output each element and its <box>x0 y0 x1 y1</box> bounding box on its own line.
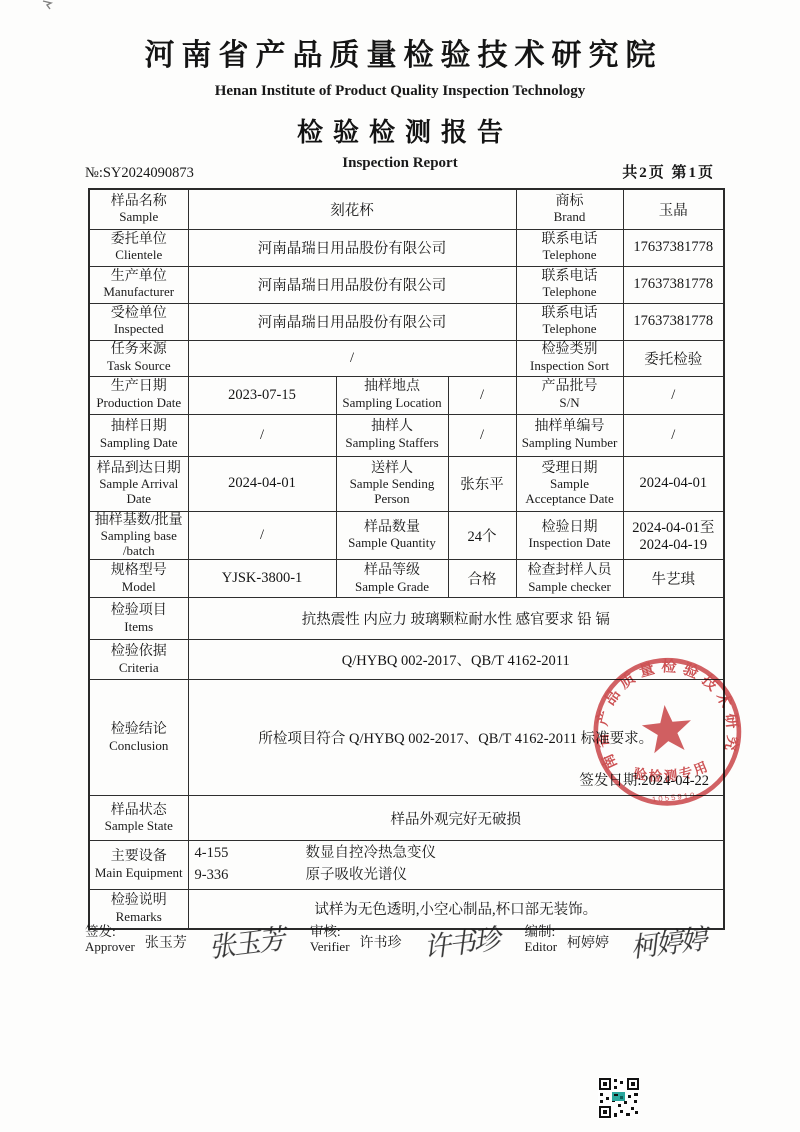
value-acceptance-date: 2024-04-01 <box>623 456 724 511</box>
editor-label: 编制: Editor <box>525 924 558 965</box>
value-sample-state: 样品外观完好无破损 <box>188 796 724 841</box>
label-inspection-date: 检验日期Inspection Date <box>516 511 623 560</box>
value-inspection-date: 2024-04-01至2024-04-19 <box>623 511 724 560</box>
label-sampling-location: 抽样地点Sampling Location <box>336 376 448 414</box>
table-row-clientele: 委托单位Clientele 河南晶瑞日用品股份有限公司 联系电话Telephon… <box>89 229 724 266</box>
value-inspection-sort: 委托检验 <box>623 340 724 376</box>
value-clientele: 河南晶瑞日用品股份有限公司 <box>188 229 516 266</box>
conclusion-text: 所检项目符合 Q/HYBQ 002-2017、QB/T 4162-2011 标准… <box>258 731 653 747</box>
label-clientele-phone: 联系电话Telephone <box>516 229 623 266</box>
label-sample-grade: 样品等级Sample Grade <box>336 560 448 598</box>
table-row-equipment: 主要设备Main Equipment 4-155 数显自控冷热急变仪 9-336… <box>89 841 724 890</box>
table-row-arrival-date: 样品到达日期Sample Arrival Date 2024-04-01 送样人… <box>89 456 724 511</box>
value-sample: 刻花杯 <box>188 189 516 229</box>
label-items: 检验项目Items <box>89 598 188 640</box>
verifier-group: 审核: Verifier 许书珍 许书珍 <box>310 924 499 965</box>
label-criteria: 检验依据Criteria <box>89 640 188 680</box>
equipment-code-1: 4-155 <box>189 843 306 865</box>
report-title-cn: 检验检测报告 <box>0 112 800 149</box>
value-sample-grade: 合格 <box>448 560 516 598</box>
table-row-items: 检验项目Items 抗热震性 内应力 玻璃颗粒耐水性 感官要求 铅 镉 <box>89 598 724 640</box>
value-sampling-date: / <box>188 414 336 456</box>
report-number: №:SY2024090873 <box>85 165 194 182</box>
value-production-date: 2023-07-15 <box>188 376 336 414</box>
verifier-signature-handwriting: 许书珍 <box>424 916 503 965</box>
equipment-line-2: 9-336 原子吸收光谱仪 <box>189 865 724 887</box>
editor-signature-handwriting: 柯婷婷 <box>631 916 710 965</box>
value-sampling-location: / <box>448 376 516 414</box>
report-table: 样品名称Sample 刻花杯 商标Brand 玉晶 委托单位Clientele … <box>88 188 725 930</box>
label-acceptance-date: 受理日期Sample Acceptance Date <box>516 456 623 511</box>
value-sampling-base: / <box>188 511 336 560</box>
value-manufacturer-phone: 17637381778 <box>623 266 724 303</box>
value-sampling-number: / <box>623 414 724 456</box>
equipment-name-2: 原子吸收光谱仪 <box>306 865 724 887</box>
value-inspected: 河南晶瑞日用品股份有限公司 <box>188 303 516 340</box>
equipment-code-2: 9-336 <box>189 865 306 887</box>
label-inspection-sort: 检验类别Inspection Sort <box>516 340 623 376</box>
value-clientele-phone: 17637381778 <box>623 229 724 266</box>
value-inspected-phone: 17637381778 <box>623 303 724 340</box>
label-sample-checker: 检查封样人员Sample checker <box>516 560 623 598</box>
approver-name: 张玉芳 <box>145 932 187 965</box>
value-task-source: / <box>188 340 516 376</box>
page-count: 共2页 第1页 <box>622 161 715 182</box>
label-sending-person: 送样人Sample Sending Person <box>336 456 448 511</box>
editor-name: 柯婷婷 <box>567 932 609 965</box>
label-conclusion: 检验结论Conclusion <box>89 680 188 796</box>
label-model: 规格型号Model <box>89 560 188 598</box>
label-sample-state: 样品状态Sample State <box>89 796 188 841</box>
label-arrival-date: 样品到达日期Sample Arrival Date <box>89 456 188 511</box>
value-manufacturer: 河南晶瑞日用品股份有限公司 <box>188 266 516 303</box>
label-sampling-staffers: 抽样人Sampling Staffers <box>336 414 448 456</box>
inspection-report-page: 河南省产品质量检验技术研究院 Henan Institute of Produc… <box>0 0 800 1132</box>
equipment-cell: 4-155 数显自控冷热急变仪 9-336 原子吸收光谱仪 <box>188 841 724 890</box>
label-sample-quantity: 样品数量Sample Quantity <box>336 511 448 560</box>
scan-pen-mark-icon <box>40 0 54 12</box>
label-sampling-date: 抽样日期Sampling Date <box>89 414 188 456</box>
value-brand: 玉晶 <box>623 189 724 229</box>
signature-footer: 签发: Approver 张玉芳 张玉芳 审核: Verifier 许书珍 许书… <box>85 924 753 965</box>
label-clientele: 委托单位Clientele <box>89 229 188 266</box>
label-equipment: 主要设备Main Equipment <box>89 841 188 890</box>
value-criteria: Q/HYBQ 002-2017、QB/T 4162-2011 <box>188 640 724 680</box>
value-sn: / <box>623 376 724 414</box>
meta-line: №:SY2024090873 共2页 第1页 <box>85 161 715 182</box>
equipment-line-1: 4-155 数显自控冷热急变仪 <box>189 843 724 865</box>
value-model: YJSK-3800-1 <box>188 560 336 598</box>
report-header: 河南省产品质量检验技术研究院 Henan Institute of Produc… <box>0 30 800 172</box>
label-manufacturer: 生产单位Manufacturer <box>89 266 188 303</box>
value-sample-checker: 牛艺琪 <box>623 560 724 598</box>
table-row-model: 规格型号Model YJSK-3800-1 样品等级Sample Grade 合… <box>89 560 724 598</box>
table-row-conclusion: 检验结论Conclusion 所检项目符合 Q/HYBQ 002-2017、QB… <box>89 680 724 796</box>
value-arrival-date: 2024-04-01 <box>188 456 336 511</box>
approver-signature-handwriting: 张玉芳 <box>209 916 288 965</box>
value-sample-quantity: 24个 <box>448 511 516 560</box>
editor-group: 编制: Editor 柯婷婷 柯婷婷 <box>525 924 707 965</box>
table-row-production-date: 生产日期Production Date 2023-07-15 抽样地点Sampl… <box>89 376 724 414</box>
equipment-name-1: 数显自控冷热急变仪 <box>306 843 724 865</box>
label-manufacturer-phone: 联系电话Telephone <box>516 266 623 303</box>
label-sampling-base: 抽样基数/批量Sampling base /batch <box>89 511 188 560</box>
value-sampling-staffers: / <box>448 414 516 456</box>
institute-name-cn: 河南省产品质量检验技术研究院 <box>0 30 800 74</box>
value-sending-person: 张东平 <box>448 456 516 511</box>
approver-group: 签发: Approver 张玉芳 张玉芳 <box>85 924 284 965</box>
table-row-sampling-date: 抽样日期Sampling Date / 抽样人Sampling Staffers… <box>89 414 724 456</box>
table-row-sample: 样品名称Sample 刻花杯 商标Brand 玉晶 <box>89 189 724 229</box>
verifier-label: 审核: Verifier <box>310 924 350 965</box>
table-row-task-source: 任务来源Task Source / 检验类别Inspection Sort 委托… <box>89 340 724 376</box>
sign-date: 签发日期:2024-04-22 <box>579 769 709 790</box>
table-row-sample-state: 样品状态Sample State 样品外观完好无破损 <box>89 796 724 841</box>
label-task-source: 任务来源Task Source <box>89 340 188 376</box>
verifier-name: 许书珍 <box>360 932 402 965</box>
conclusion-cell: 所检项目符合 Q/HYBQ 002-2017、QB/T 4162-2011 标准… <box>188 680 724 796</box>
label-production-date: 生产日期Production Date <box>89 376 188 414</box>
label-sn: 产品批号S/N <box>516 376 623 414</box>
table-row-manufacturer: 生产单位Manufacturer 河南晶瑞日用品股份有限公司 联系电话Telep… <box>89 266 724 303</box>
table-row-sampling-base: 抽样基数/批量Sampling base /batch / 样品数量Sample… <box>89 511 724 560</box>
label-brand: 商标Brand <box>516 189 623 229</box>
label-sample: 样品名称Sample <box>89 189 188 229</box>
value-items: 抗热震性 内应力 玻璃颗粒耐水性 感官要求 铅 镉 <box>188 598 724 640</box>
label-inspected: 受检单位Inspected <box>89 303 188 340</box>
label-sampling-number: 抽样单编号Sampling Number <box>516 414 623 456</box>
label-inspected-phone: 联系电话Telephone <box>516 303 623 340</box>
approver-label: 签发: Approver <box>85 924 135 965</box>
institute-name-en: Henan Institute of Product Quality Inspe… <box>0 83 800 100</box>
table-row-criteria: 检验依据Criteria Q/HYBQ 002-2017、QB/T 4162-2… <box>89 640 724 680</box>
table-row-inspected: 受检单位Inspected 河南晶瑞日用品股份有限公司 联系电话Telephon… <box>89 303 724 340</box>
qr-code-icon <box>598 1077 640 1119</box>
